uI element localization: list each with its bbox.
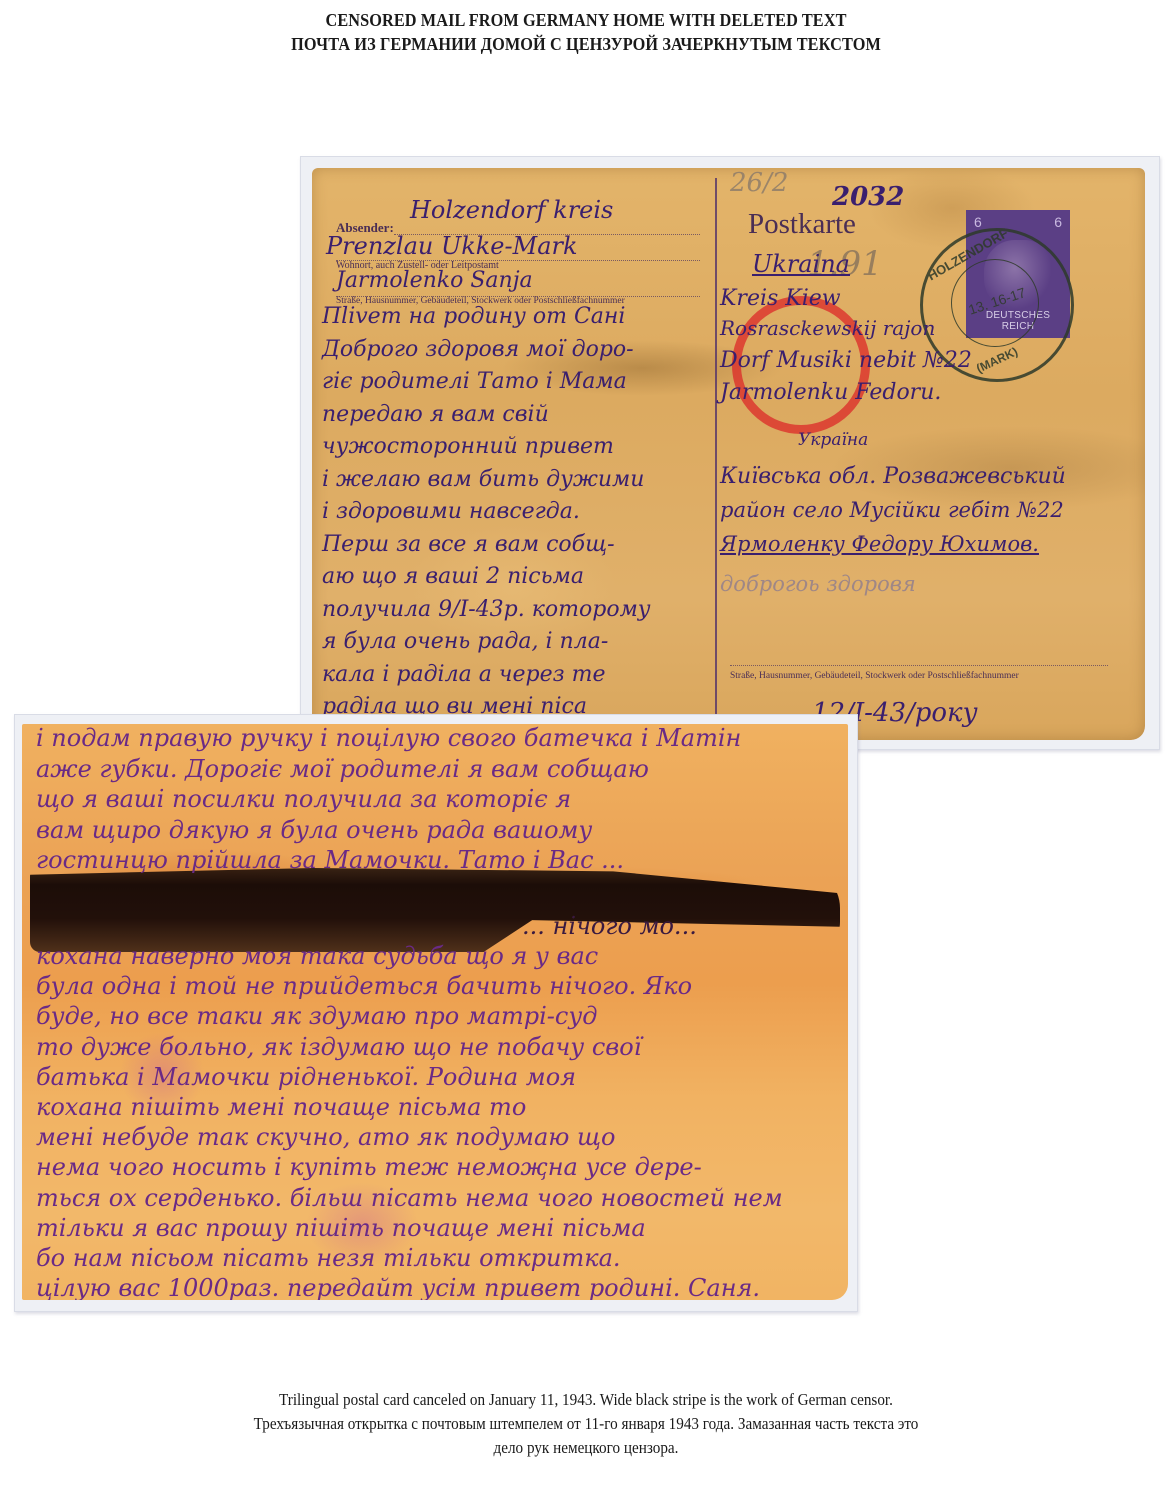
message-line: і желаю вам бить дужими	[322, 467, 644, 492]
censor-black-stripe	[30, 868, 840, 952]
caption-english: Trilingual postal card canceled on Janua…	[47, 1388, 1125, 1412]
address-line: Ukraina	[752, 250, 850, 278]
letter-line: мені небуде так скучно, ато як подумаю щ…	[36, 1123, 615, 1151]
letter-line: то дуже больно, як іздумаю що не побачу …	[36, 1033, 641, 1061]
heading-russian: ПОЧТА ИЗ ГЕРМАНИИ ДОМОЙ С ЦЕНЗУРОЙ ЗАЧЕР…	[41, 32, 1131, 56]
message-line: гіє родителі Тато і Мама	[322, 369, 627, 394]
message-line: передаю я вам свій	[322, 402, 549, 427]
card-divider	[715, 178, 717, 733]
letter-line: нема чого носить і купіть теж немоҗна ус…	[36, 1153, 702, 1181]
message-line: Пlivет на родину от Сані	[322, 304, 625, 329]
address-line: Kreis Kiew	[720, 286, 841, 311]
page-heading: CENSORED MAIL FROM GERMANY HOME WITH DEL…	[0, 8, 1172, 56]
stamp-value-left: 6	[974, 214, 982, 230]
letter-line: аже губки. Дорогіє мої родителі я вам со…	[36, 755, 649, 783]
letter-line: буде, но все таки як здумаю про матрі-су…	[36, 1002, 597, 1030]
address-line: Rosrasckewskij rajon	[720, 316, 935, 340]
sender-handwriting-2: Prenzlau Ukke-Mark	[326, 232, 578, 260]
message-line: аю що я ваші 2 пісьма	[322, 564, 584, 589]
address-line: Jarmolenku Fedoru.	[720, 380, 941, 405]
address-bottom-line	[730, 665, 1108, 666]
letter-line: гостинцю прійшла за Мамочки. Тато і Вас …	[36, 846, 624, 874]
heading-english: CENSORED MAIL FROM GERMANY HOME WITH DEL…	[41, 8, 1131, 32]
letter-back: і подам правую ручку і поцілую свого бат…	[22, 724, 848, 1300]
pencil-number: 26/2	[730, 168, 788, 198]
address-line: Dorf Musiki nebit №22	[720, 348, 972, 373]
address-line: район село Мусійки гебіт №22	[720, 498, 1064, 522]
letter-line: кохана наверно моя така судьба що я у ва…	[36, 942, 598, 970]
message-line: получила 9/I-43р. которому	[322, 597, 651, 622]
address-line: Київська обл. Розважевський	[720, 464, 1066, 489]
message-line: чужосторонний привет	[322, 434, 614, 459]
message-line: Перш за все я вам собщ-	[322, 532, 615, 557]
letter-line: що я ваші посилки получила за которіє я	[36, 785, 571, 813]
letter-line: кохана пішіть мені почаще пісьма то	[36, 1093, 526, 1121]
address-line: Україна	[798, 430, 868, 450]
postcard-front: 26/2 2032 1.91 Absender: Holzendorf krei…	[312, 168, 1145, 740]
message-line: і здоровими навсегда.	[322, 499, 580, 524]
letter-line: вам щиро дякую я була очень рада вашому	[36, 816, 592, 844]
letter-line: батька і Мамочки рідненької. Родина моя	[36, 1063, 576, 1091]
sender-handwriting-1: Holzendorf kreis	[410, 196, 613, 224]
letter-line: бо нам пісьом пісать незя тільки откритк…	[36, 1244, 621, 1272]
caption-russian-1: Трехъязычная открытка с почтовым штемпел…	[47, 1412, 1125, 1436]
letter-line: тільки я вас прошу пішіть почаще мені пі…	[36, 1214, 646, 1242]
sender-handwriting-3: Jarmolenko Sanja	[336, 268, 533, 293]
message-line: я була очень рада, і пла-	[322, 629, 608, 654]
postkarte-label: Postkarte	[748, 208, 856, 241]
message-line: Доброго здоровя мої доро-	[322, 337, 634, 362]
letter-line: цілую вас 1000раз. передайт усім привет …	[36, 1274, 760, 1300]
strasse-label-right: Straße, Hausnummer, Gebäudeteil, Stockwe…	[730, 671, 1019, 681]
letter-line: ться ох серденько. більш пісать нема чог…	[36, 1184, 783, 1212]
address-line: доброгоь здоровя	[720, 572, 916, 596]
letter-line: ... нічого мо...	[522, 912, 697, 940]
letter-line: і подам правую ручку і поцілую свого бат…	[36, 724, 741, 752]
stamp-value-right: 6	[1054, 214, 1062, 230]
message-line: кала і раділа а через те	[322, 662, 606, 687]
page-caption: Trilingual postal card canceled on Janua…	[0, 1388, 1172, 1460]
address-line: Ярмоленку Федору Юхимов.	[720, 532, 1039, 556]
caption-russian-2: дело рук немецкого цензора.	[47, 1436, 1125, 1460]
letter-line: була одна і той не прийдеться бачить ніч…	[36, 972, 692, 1000]
